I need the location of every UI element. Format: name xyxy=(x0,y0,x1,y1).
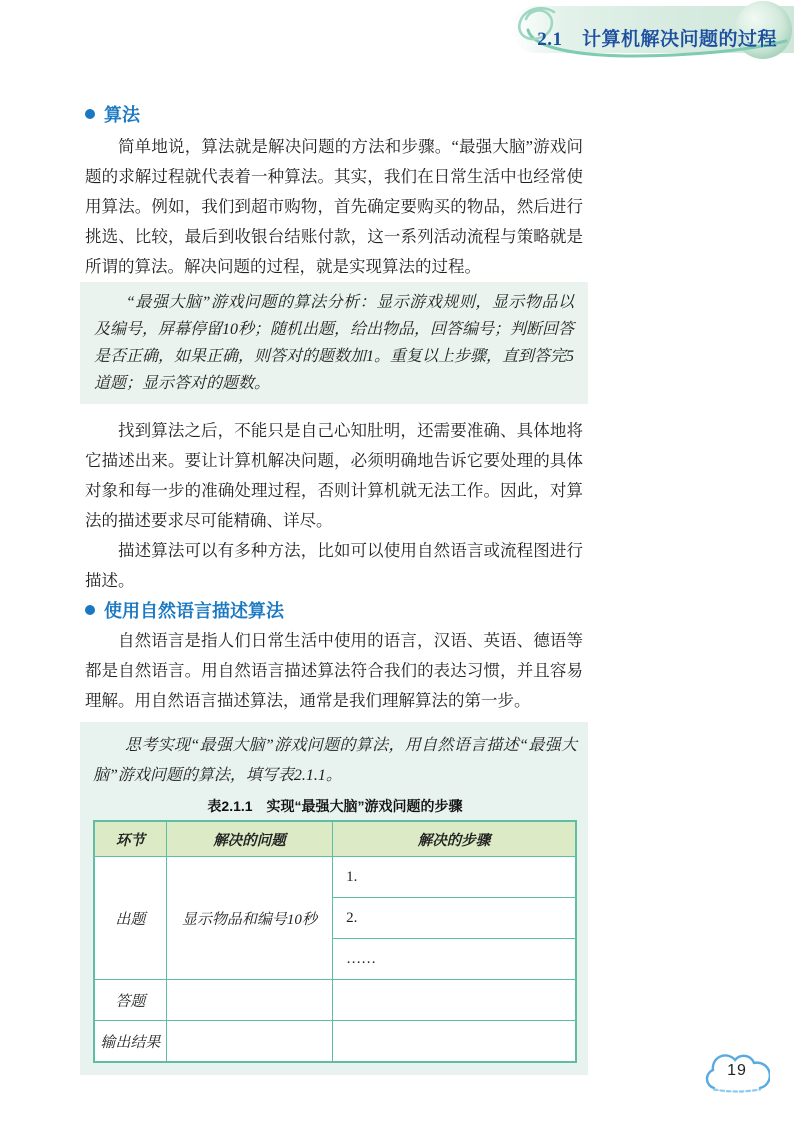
activity-box: 思考实现“最强大脑”游戏问题的算法，用自然语言描述“最强大脑”游戏问题的算法，填… xyxy=(80,722,588,1075)
section-heading-label: 算法 xyxy=(104,101,140,127)
bullet-icon xyxy=(85,605,95,615)
header-section-title: 2.1 计算机解决问题的过程 xyxy=(537,24,777,51)
section-heading-algorithm: 算法 xyxy=(85,104,583,124)
table-header-row: 环节 解决的问题 解决的步骤 xyxy=(94,821,576,857)
page-header: 2.1 计算机解决问题的过程 xyxy=(498,0,794,62)
table-header-steps: 解决的步骤 xyxy=(333,821,576,857)
table-header-problem: 解决的问题 xyxy=(166,821,332,857)
table-row: 答题 xyxy=(94,980,576,1021)
cell-step-ellipsis: …… xyxy=(333,939,576,980)
table-header-stage: 环节 xyxy=(94,821,166,857)
table-row: 出题 显示物品和编号10秒 1. xyxy=(94,857,576,898)
steps-table: 环节 解决的问题 解决的步骤 出题 显示物品和编号10秒 1. 2. xyxy=(93,820,577,1063)
cell-step-2: 2. xyxy=(333,898,576,939)
page-number: 19 xyxy=(704,1062,770,1080)
cell-step-1: 1. xyxy=(333,857,576,898)
textbook-page: 2.1 计算机解决问题的过程 算法 简单地说，算法就是解决问题的方法和步骤。“最… xyxy=(0,0,794,1122)
paragraph-natural-language: 自然语言是指人们日常生活中使用的语言，汉语、英语、德语等都是自然语言。用自然语言… xyxy=(85,626,583,716)
cell-stage-chuti: 出题 xyxy=(94,857,166,980)
section-heading-label: 使用自然语言描述算法 xyxy=(104,597,284,623)
cell-problem-output xyxy=(166,1021,332,1063)
cell-stage-dati: 答题 xyxy=(94,980,166,1021)
activity-intro: 思考实现“最强大脑”游戏问题的算法，用自然语言描述“最强大脑”游戏问题的算法，填… xyxy=(93,731,577,791)
table-row: 输出结果 xyxy=(94,1021,576,1063)
cell-stage-output: 输出结果 xyxy=(94,1021,166,1063)
table-caption: 表2.1.1 实现“最强大脑”游戏问题的步骤 xyxy=(93,796,577,816)
callout-algorithm-analysis: “最强大脑”游戏问题的算法分析：显示游戏规则，显示物品以及编号，屏幕停留10秒；… xyxy=(80,282,588,404)
cell-steps-dati xyxy=(333,980,576,1021)
cell-problem-dati xyxy=(166,980,332,1021)
page-footer: 19 xyxy=(704,1048,778,1100)
paragraph-describe-algorithm: 找到算法之后，不能只是自己心知肚明，还需要准确、具体地将它描述出来。要让计算机解… xyxy=(85,416,583,536)
paragraph-describe-methods: 描述算法可以有多种方法，比如可以使用自然语言或流程图进行描述。 xyxy=(85,536,583,596)
section-heading-natural-language: 使用自然语言描述算法 xyxy=(85,600,583,620)
cell-steps-output xyxy=(333,1021,576,1063)
bullet-icon xyxy=(85,109,95,119)
paragraph-algorithm-intro: 简单地说，算法就是解决问题的方法和步骤。“最强大脑”游戏问题的求解过程就代表着一… xyxy=(85,132,583,282)
content-column: 算法 简单地说，算法就是解决问题的方法和步骤。“最强大脑”游戏问题的求解过程就代… xyxy=(85,96,583,1075)
cell-problem-chuti: 显示物品和编号10秒 xyxy=(166,857,332,980)
